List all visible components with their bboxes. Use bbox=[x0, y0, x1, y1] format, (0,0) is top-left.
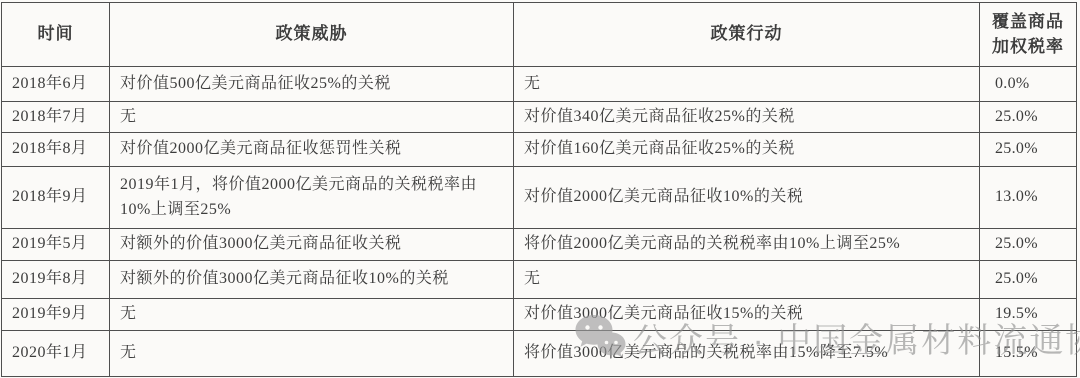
table-row: 2019年8月 对额外的价值3000亿美元商品征收10%的关税 无 25.0% bbox=[2, 261, 1077, 299]
table-row: 2018年9月 2019年1月，将价值2000亿美元商品的关税税率由10%上调至… bbox=[2, 167, 1077, 229]
cell-threat: 无 bbox=[110, 102, 514, 133]
cell-action: 对价值2000亿美元商品征收10%的关税 bbox=[514, 167, 980, 229]
cell-time: 2019年8月 bbox=[2, 261, 110, 299]
cell-time: 2018年9月 bbox=[2, 167, 110, 229]
header-weighted-tariff-rate: 覆盖商品 加权税率 bbox=[980, 3, 1077, 67]
cell-rate: 15.5% bbox=[980, 331, 1077, 377]
table-row: 2019年9月 无 对价值3000亿美元商品征收15%的关税 19.5% bbox=[2, 299, 1077, 331]
cell-action: 对价值3000亿美元商品征收15%的关税 bbox=[514, 299, 980, 331]
cell-action: 将价值2000亿美元商品的关税税率由10%上调至25% bbox=[514, 229, 980, 261]
cell-rate: 25.0% bbox=[980, 229, 1077, 261]
cell-threat: 对价值500亿美元商品征收25%的关税 bbox=[110, 67, 514, 102]
cell-action: 对价值340亿美元商品征收25%的关税 bbox=[514, 102, 980, 133]
tariff-policy-table: 时间 政策威胁 政策行动 覆盖商品 加权税率 2018年6月 对价值500亿美元… bbox=[1, 2, 1077, 377]
cell-action: 无 bbox=[514, 261, 980, 299]
table-row: 2018年6月 对价值500亿美元商品征收25%的关税 无 0.0% bbox=[2, 67, 1077, 102]
cell-time: 2019年5月 bbox=[2, 229, 110, 261]
header-time: 时间 bbox=[2, 3, 110, 67]
header-policy-threat: 政策威胁 bbox=[110, 3, 514, 67]
cell-action: 无 bbox=[514, 67, 980, 102]
table-header-row: 时间 政策威胁 政策行动 覆盖商品 加权税率 bbox=[2, 3, 1077, 67]
cell-action: 将价值3000亿美元商品的关税税率由15%降至7.5% bbox=[514, 331, 980, 377]
cell-rate: 25.0% bbox=[980, 261, 1077, 299]
cell-threat: 无 bbox=[110, 299, 514, 331]
cell-time: 2018年6月 bbox=[2, 67, 110, 102]
cell-rate: 13.0% bbox=[980, 167, 1077, 229]
cell-rate: 25.0% bbox=[980, 102, 1077, 133]
cell-threat: 对额外的价值3000亿美元商品征收10%的关税 bbox=[110, 261, 514, 299]
table-row: 2020年1月 无 将价值3000亿美元商品的关税税率由15%降至7.5% 15… bbox=[2, 331, 1077, 377]
table-row: 2019年5月 对额外的价值3000亿美元商品征收关税 将价值2000亿美元商品… bbox=[2, 229, 1077, 261]
header-policy-action: 政策行动 bbox=[514, 3, 980, 67]
table-row: 2018年7月 无 对价值340亿美元商品征收25%的关税 25.0% bbox=[2, 102, 1077, 133]
cell-threat: 2019年1月，将价值2000亿美元商品的关税税率由10%上调至25% bbox=[110, 167, 514, 229]
cell-time: 2020年1月 bbox=[2, 331, 110, 377]
cell-time: 2018年7月 bbox=[2, 102, 110, 133]
cell-rate: 19.5% bbox=[980, 299, 1077, 331]
cell-threat: 对额外的价值3000亿美元商品征收关税 bbox=[110, 229, 514, 261]
cell-time: 2019年9月 bbox=[2, 299, 110, 331]
cell-threat: 无 bbox=[110, 331, 514, 377]
cell-rate: 25.0% bbox=[980, 133, 1077, 167]
table-row: 2018年8月 对价值2000亿美元商品征收惩罚性关税 对价值160亿美元商品征… bbox=[2, 133, 1077, 167]
cell-action: 对价值160亿美元商品征收25%的关税 bbox=[514, 133, 980, 167]
cell-time: 2018年8月 bbox=[2, 133, 110, 167]
cell-rate: 0.0% bbox=[980, 67, 1077, 102]
cell-threat: 对价值2000亿美元商品征收惩罚性关税 bbox=[110, 133, 514, 167]
